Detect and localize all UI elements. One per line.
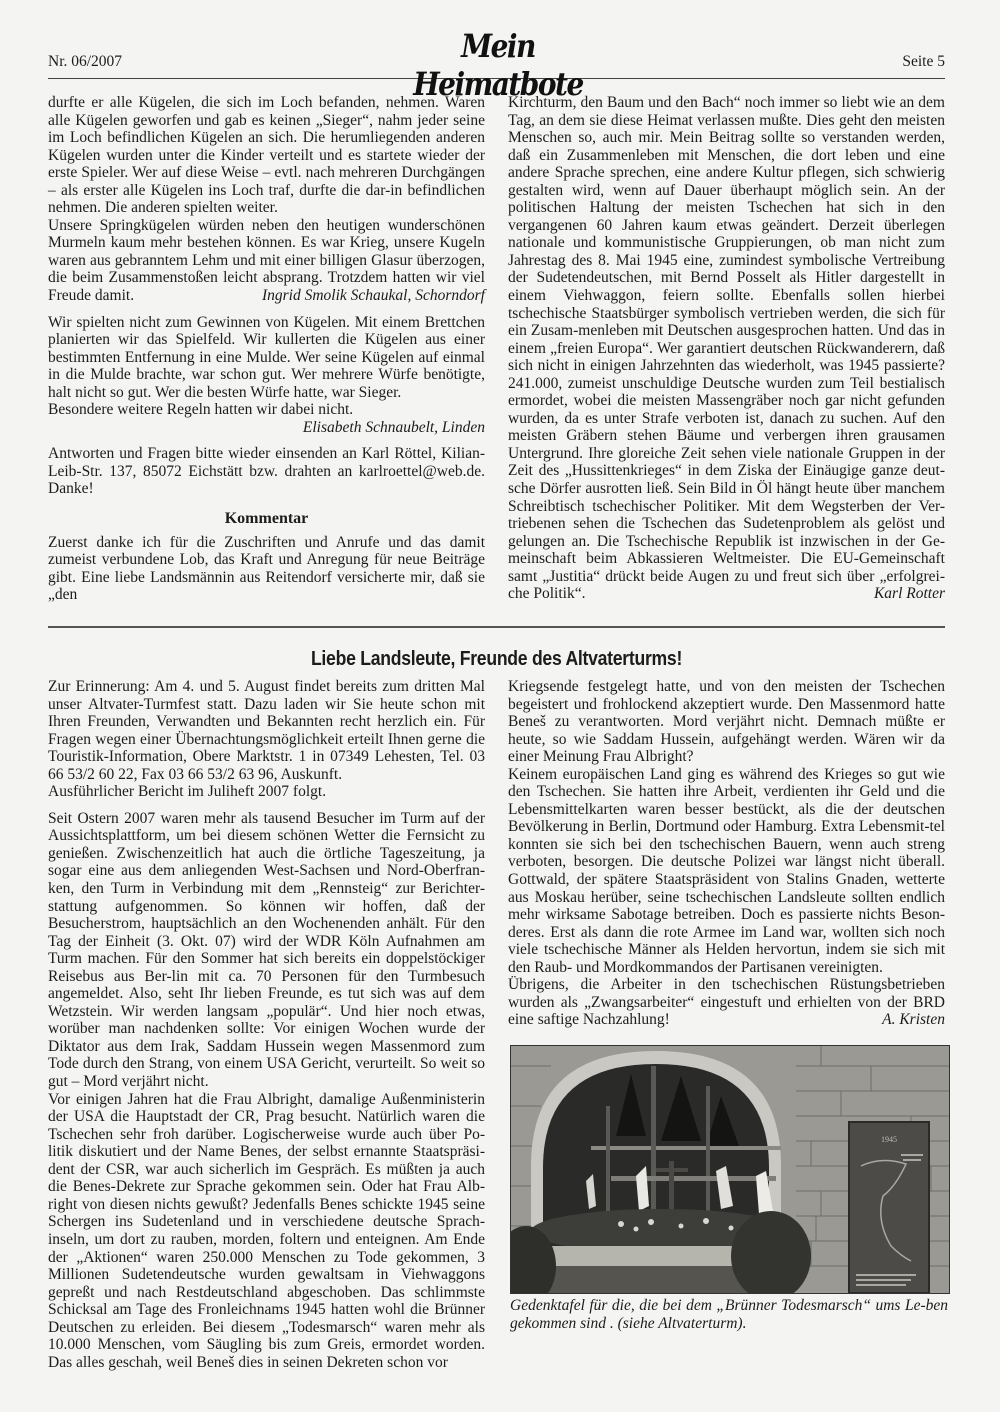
column-top-right: Kirchturm, den Baum und den Bach“ noch i… bbox=[508, 94, 945, 603]
section-divider bbox=[48, 626, 945, 628]
author-signature: Elisabeth Schnaubelt, Linden bbox=[48, 419, 485, 437]
paragraph: Ausführlicher Bericht im Juliheft 2007 f… bbox=[48, 783, 485, 801]
paragraph: Seit Ostern 2007 waren mehr als tausend … bbox=[48, 810, 485, 1091]
author-signature: Ingrid Smolik Schaukal, Schorndorf bbox=[262, 287, 485, 305]
paragraph: Übrigens, die Arbeiter in den tschechisc… bbox=[508, 976, 945, 1029]
paragraph: Kriegsende festgelegt hatte, und von den… bbox=[508, 678, 945, 766]
section-heading: Kommentar bbox=[48, 510, 485, 528]
paragraph: Wir spielten nicht zum Gewinnen von Küge… bbox=[48, 314, 485, 402]
column-bottom-left: Zur Erinnerung: Am 4. und 5. August find… bbox=[48, 678, 485, 1371]
paragraph: Zuerst danke ich für die Zuschriften und… bbox=[48, 534, 485, 604]
paragraph: Zur Erinnerung: Am 4. und 5. August find… bbox=[48, 678, 485, 783]
paragraph: Besondere weitere Regeln hatten wir dabe… bbox=[48, 401, 485, 419]
masthead-logo: Mein Heimatbote bbox=[408, 27, 588, 103]
page-header: Nr. 06/2007 Mein Heimatbote Seite 5 bbox=[48, 22, 945, 79]
issue-number: Nr. 06/2007 bbox=[48, 53, 122, 71]
contact-paragraph: Antworten und Fragen bitte wieder einsen… bbox=[48, 445, 485, 498]
paragraph: Unsere Springkügelen würden neben den he… bbox=[48, 217, 485, 305]
plaque-year: 1945 bbox=[881, 1135, 897, 1144]
column-top-left: durfte er alle Kügelen, die sich im Loch… bbox=[48, 94, 485, 604]
memorial-photo: 1945 bbox=[510, 1045, 950, 1294]
paragraph: Kirchturm, den Baum und den Bach“ noch i… bbox=[508, 94, 945, 603]
paragraph-text: Übrigens, die Arbeiter in den tschechisc… bbox=[508, 976, 945, 1028]
paragraph: Keinem europäischen Land ging es während… bbox=[508, 766, 945, 977]
paragraph: durfte er alle Kügelen, die sich im Loch… bbox=[48, 94, 485, 217]
article-headline: Liebe Landsleute, Freunde des Altvatertu… bbox=[102, 648, 891, 671]
paragraph: Vor einigen Jahren hat die Frau Albright… bbox=[48, 1091, 485, 1372]
newspaper-page: Nr. 06/2007 Mein Heimatbote Seite 5 durf… bbox=[0, 0, 1000, 1412]
page-number: Seite 5 bbox=[902, 53, 945, 71]
photo-caption: Gedenktafel für die, die bei dem „Brünne… bbox=[510, 1297, 948, 1332]
author-signature: A. Kristen bbox=[882, 1011, 945, 1029]
memorial-photo-image: 1945 bbox=[511, 1046, 949, 1293]
column-bottom-right: Kriegsende festgelegt hatte, und von den… bbox=[508, 678, 945, 1029]
